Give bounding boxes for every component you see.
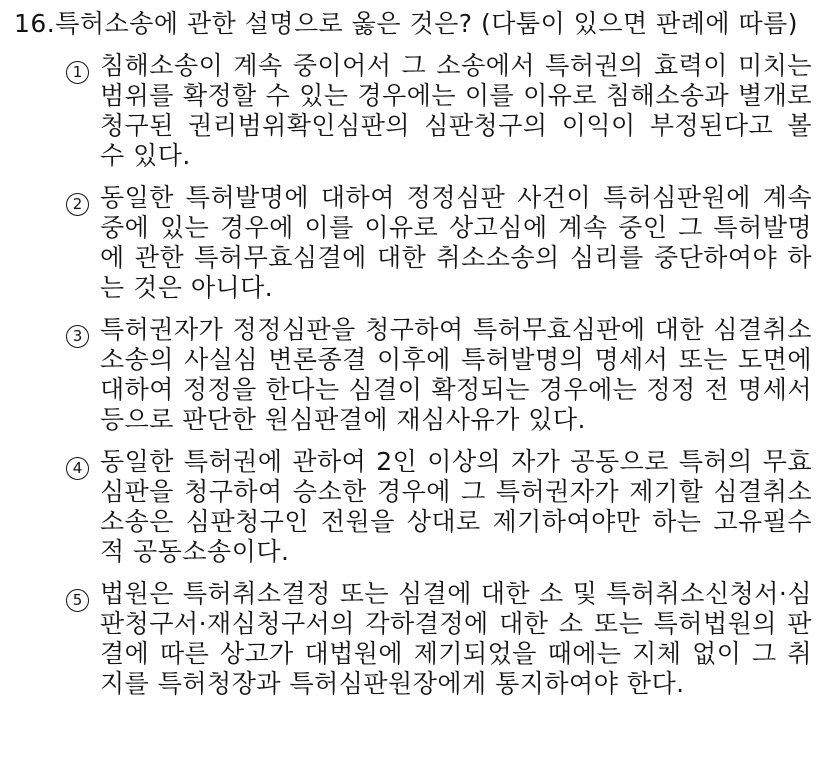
option-2-text: 동일한 특허발명에 대하여 정정심판 사건이 특허심판원에 계속 중에 있는 경… [100,183,812,303]
answer-options: 1 침해소송이 계속 중이어서 그 소송에서 특허권의 효력이 미치는 범위를 … [14,51,812,699]
option-1: 1 침해소송이 계속 중이어서 그 소송에서 특허권의 효력이 미치는 범위를 … [66,51,812,171]
option-1-text: 침해소송이 계속 중이어서 그 소송에서 특허권의 효력이 미치는 범위를 확정… [100,51,812,171]
circled-number-4-icon: 4 [66,457,89,480]
option-2-marker: 2 [66,183,100,216]
option-3: 3 특허권자가 정정심판을 청구하여 특허무효심판에 대한 심결취소소송의 사실… [66,315,812,435]
exam-page: 16. 특허소송에 관한 설명으로 옳은 것은? (다툼이 있으면 판례에 따름… [0,0,826,783]
option-2: 2 동일한 특허발명에 대하여 정정심판 사건이 특허심판원에 계속 중에 있는… [66,183,812,303]
option-4: 4 동일한 특허권에 관하여 2인 이상의 자가 공동으로 특허의 무효심판을 … [66,447,812,567]
option-3-text: 특허권자가 정정심판을 청구하여 특허무효심판에 대한 심결취소소송의 사실심 … [100,315,812,435]
option-4-text: 동일한 특허권에 관하여 2인 이상의 자가 공동으로 특허의 무효심판을 청구… [100,447,812,567]
circled-number-3-icon: 3 [66,325,89,348]
option-4-marker: 4 [66,447,100,480]
question-number: 16. [14,9,55,39]
question-16: 16. 특허소송에 관한 설명으로 옳은 것은? (다툼이 있으면 판례에 따름… [14,9,812,39]
option-1-marker: 1 [66,51,100,84]
circled-number-1-icon: 1 [66,61,89,84]
option-5-marker: 5 [66,579,100,612]
option-5-text: 법원은 특허취소결정 또는 심결에 대한 소 및 특허취소신청서·심판청구서·재… [100,579,812,699]
circled-number-2-icon: 2 [66,193,89,216]
circled-number-5-icon: 5 [66,589,89,612]
option-3-marker: 3 [66,315,100,348]
question-text: 특허소송에 관한 설명으로 옳은 것은? (다툼이 있으면 판례에 따름) [55,9,812,39]
option-5: 5 법원은 특허취소결정 또는 심결에 대한 소 및 특허취소신청서·심판청구서… [66,579,812,699]
